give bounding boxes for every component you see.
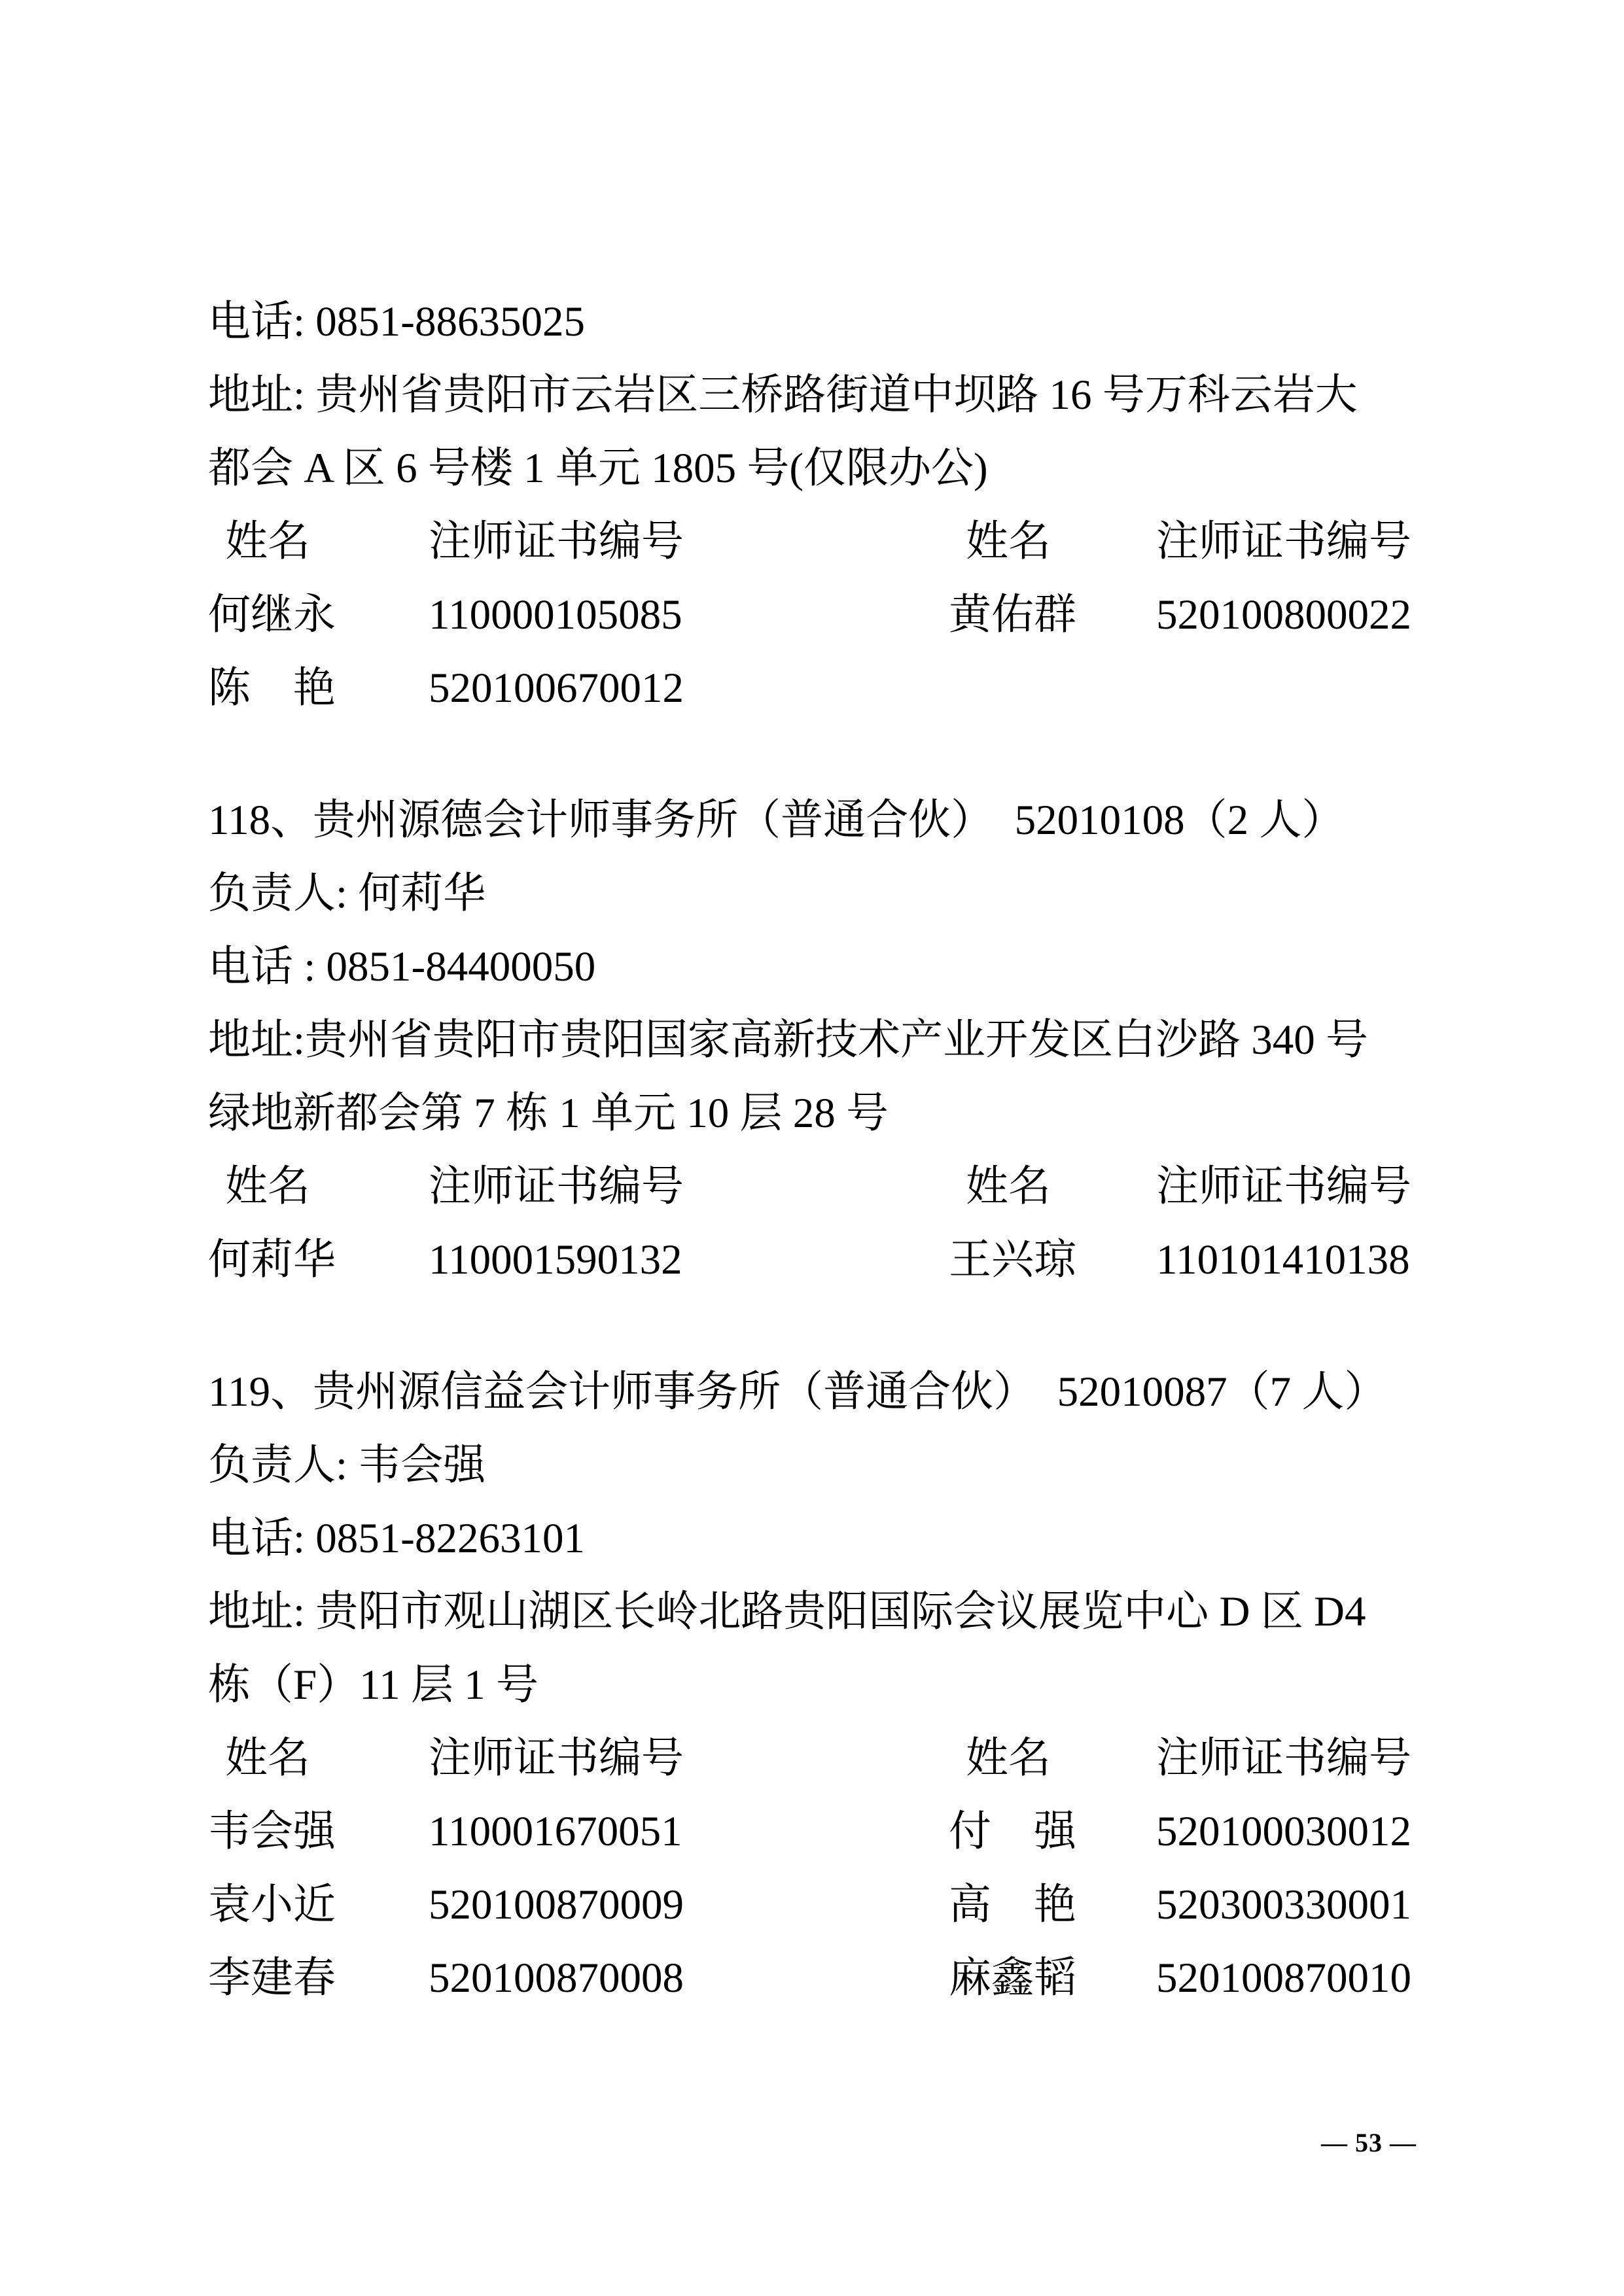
member-name: 黄佑群	[949, 578, 1156, 652]
address-line-2: 栋（F）11 层 1 号	[208, 1648, 1433, 1722]
member-name: 李建春	[208, 1941, 429, 2015]
cert-number: 110001590132	[429, 1223, 949, 1296]
phone-line: 电话: 0851-88635025	[208, 285, 1433, 358]
cpa-table: 姓名注师证书编号姓名注师证书编号 何莉华110001590132王兴琼11010…	[208, 1150, 1433, 1296]
member-name: 何莉华	[208, 1223, 429, 1296]
cert-number: 110000105085	[429, 578, 949, 652]
phone-line: 电话 : 0851-84400050	[208, 930, 1433, 1003]
address-line-1: 地址: 贵州省贵阳市云岩区三桥路街道中坝路 16 号万科云岩大	[208, 358, 1433, 432]
member-name: 麻鑫韬	[949, 1941, 1156, 2015]
cpa-table: 姓名注师证书编号姓名注师证书编号 何继永110000105085黄佑群52010…	[208, 505, 1433, 725]
address-line-2: 都会 A 区 6 号楼 1 单元 1805 号(仅限办公)	[208, 432, 1433, 505]
table-row: 何继永110000105085黄佑群520100800022	[208, 578, 1433, 652]
table-header-row: 姓名注师证书编号姓名注师证书编号	[208, 1722, 1433, 1795]
cert-number: 520100870010	[1156, 1941, 1411, 2015]
firm-heading: 119、贵州源信益会计师事务所（普通合伙） 52010087（7 人）	[208, 1355, 1433, 1429]
member-name: 何继永	[208, 578, 429, 652]
address-line-1: 地址: 贵阳市观山湖区长岭北路贵阳国际会议展览中心 D 区 D4	[208, 1575, 1433, 1648]
firm-heading: 118、贵州源德会计师事务所（普通合伙） 52010108（2 人）	[208, 784, 1433, 857]
member-name: 付 强	[949, 1795, 1156, 1868]
header-cert-left: 注师证书编号	[429, 1722, 949, 1795]
header-name-right: 姓名	[949, 1722, 1156, 1795]
cert-number: 110001670051	[429, 1795, 949, 1868]
header-name-right: 姓名	[949, 1150, 1156, 1223]
header-cert-left: 注师证书编号	[429, 1150, 949, 1223]
cert-number: 520100870008	[429, 1941, 949, 2015]
member-name: 袁小近	[208, 1868, 429, 1941]
member-name: 高 艳	[949, 1868, 1156, 1941]
header-name-left: 姓名	[208, 1150, 429, 1223]
member-name: 韦会强	[208, 1795, 429, 1868]
header-cert-right: 注师证书编号	[1156, 1722, 1411, 1795]
cert-number: 520100870009	[429, 1868, 949, 1941]
table-row: 韦会强110001670051付 强520100030012	[208, 1795, 1433, 1868]
member-name: 陈 艳	[208, 652, 429, 725]
header-name-left: 姓名	[208, 1722, 429, 1795]
table-row: 李建春520100870008麻鑫韬520100870010	[208, 1941, 1433, 2015]
header-cert-right: 注师证书编号	[1156, 505, 1411, 578]
address-line-2: 绿地新都会第 7 栋 1 单元 10 层 28 号	[208, 1077, 1433, 1150]
firm-entry-118: 118、贵州源德会计师事务所（普通合伙） 52010108（2 人） 负责人: …	[208, 784, 1433, 1296]
table-header-row: 姓名注师证书编号姓名注师证书编号	[208, 1150, 1433, 1223]
firm-entry-continued: 电话: 0851-88635025 地址: 贵州省贵阳市云岩区三桥路街道中坝路 …	[208, 285, 1433, 725]
header-cert-left: 注师证书编号	[429, 505, 949, 578]
phone-line: 电话: 0851-82263101	[208, 1502, 1433, 1575]
header-cert-right: 注师证书编号	[1156, 1150, 1411, 1223]
cert-number: 110101410138	[1156, 1223, 1410, 1296]
table-header-row: 姓名注师证书编号姓名注师证书编号	[208, 505, 1433, 578]
member-name: 王兴琼	[949, 1223, 1156, 1296]
page-content: 电话: 0851-88635025 地址: 贵州省贵阳市云岩区三桥路街道中坝路 …	[208, 285, 1433, 2015]
table-row: 袁小近520100870009高 艳520300330001	[208, 1868, 1433, 1941]
page-number: — 53 —	[1321, 2127, 1417, 2158]
cert-number: 520300330001	[1156, 1868, 1411, 1941]
principal-line: 负责人: 何莉华	[208, 857, 1433, 930]
firm-entry-119: 119、贵州源信益会计师事务所（普通合伙） 52010087（7 人） 负责人:…	[208, 1355, 1433, 2015]
header-name-left: 姓名	[208, 505, 429, 578]
cert-number: 520100670012	[429, 652, 949, 725]
principal-line: 负责人: 韦会强	[208, 1429, 1433, 1502]
header-name-right: 姓名	[949, 505, 1156, 578]
cert-number: 520100030012	[1156, 1795, 1411, 1868]
cpa-table: 姓名注师证书编号姓名注师证书编号 韦会强110001670051付 强52010…	[208, 1722, 1433, 2015]
cert-number: 520100800022	[1156, 578, 1411, 652]
address-line-1: 地址:贵州省贵阳市贵阳国家高新技术产业开发区白沙路 340 号	[208, 1003, 1433, 1077]
table-row: 陈 艳520100670012	[208, 652, 1433, 725]
table-row: 何莉华110001590132王兴琼110101410138	[208, 1223, 1433, 1296]
